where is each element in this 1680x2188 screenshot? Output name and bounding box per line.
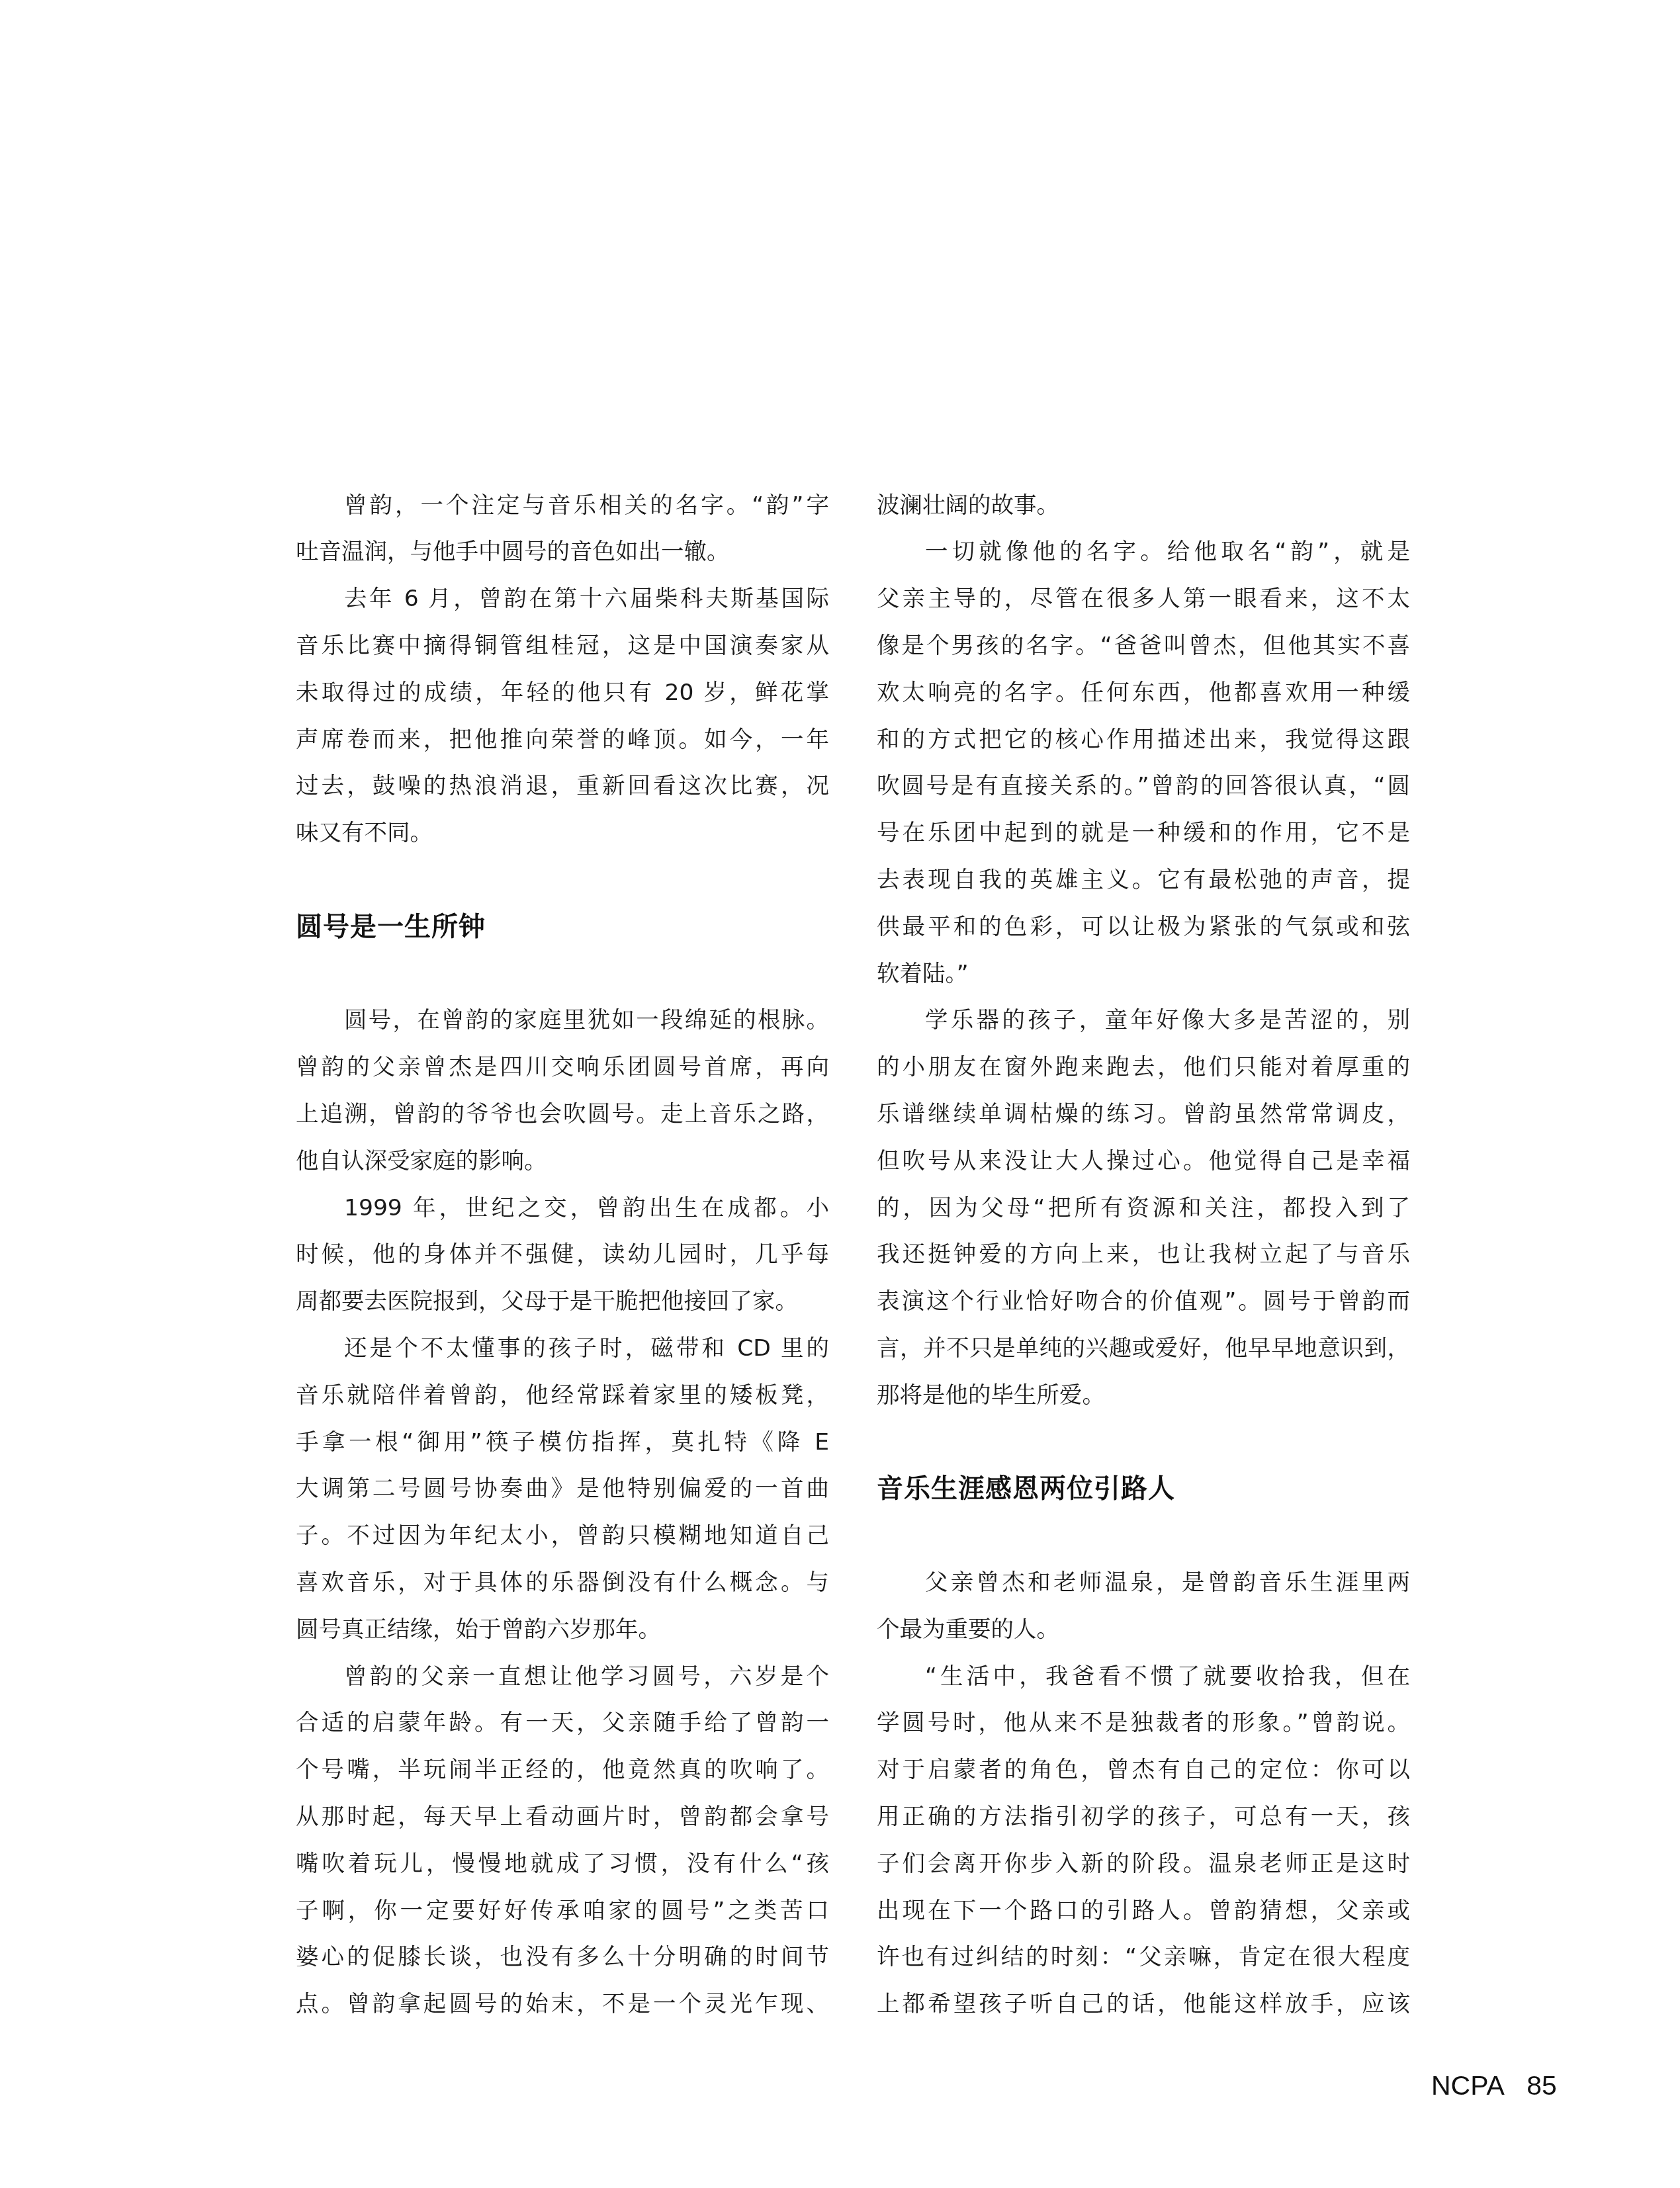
paragraph-first-line: 曾韵，一个注定与音乐相关的名字。“韵”字 xyxy=(296,482,829,529)
paragraph-line: 我还挺钟爱的方向上来，也让我树立起了与音乐 xyxy=(877,1231,1410,1278)
paragraph-line: 子们会离开你步入新的阶段。温泉老师正是这时 xyxy=(877,1841,1410,1888)
paragraph-line: 供最平和的色彩，可以让极为紧张的气氛或和弦 xyxy=(877,904,1410,951)
publication-name: NCPA xyxy=(1431,2070,1505,2101)
paragraph-line: 但吹号从来没让大人操过心。他觉得自己是幸福 xyxy=(877,1138,1410,1185)
paragraph-line: 号在乐团中起到的就是一种缓和的作用，它不是 xyxy=(877,810,1410,857)
paragraph-line: 他自认深受家庭的影响。 xyxy=(296,1138,829,1185)
paragraph-line: 子。不过因为年纪太小，曾韵只模糊地知道自己 xyxy=(296,1512,829,1559)
paragraph-line: 对于启蒙者的角色，曾杰有自己的定位：你可以 xyxy=(877,1747,1410,1794)
paragraph-line: 过去，鼓噪的热浪消退，重新回看这次比赛，况 xyxy=(296,763,829,810)
paragraph-line: 声席卷而来，把他推向荣誉的峰顶。如今，一年 xyxy=(296,717,829,764)
paragraph-line: 从那时起，每天早上看动画片时，曾韵都会拿号 xyxy=(296,1794,829,1841)
paragraph-line: 上追溯，曾韵的爷爷也会吹圆号。走上音乐之路， xyxy=(296,1091,829,1138)
paragraph-line: 合适的启蒙年龄。有一天，父亲随手给了曾韵一 xyxy=(296,1700,829,1747)
page-number: 85 xyxy=(1526,2070,1557,2101)
paragraph-line: 表演这个行业恰好吻合的价值观”。圆号于曾韵而 xyxy=(877,1278,1410,1325)
paragraph-line: 子啊，你一定要好好传承咱家的圆号”之类苦口 xyxy=(296,1888,829,1935)
paragraph-line: 言，并不只是单纯的兴趣或爱好，他早早地意识到， xyxy=(877,1325,1410,1372)
paragraph-line: 吹圆号是有直接关系的。”曾韵的回答很认真，“圆 xyxy=(877,763,1410,810)
paragraph-line: 上都希望孩子听自己的话，他能这样放手，应该 xyxy=(877,1981,1410,2028)
paragraph-line: 欢太响亮的名字。任何东西，他都喜欢用一种缓 xyxy=(877,670,1410,717)
paragraph-first-line: 还是个不太懂事的孩子时，磁带和 CD 里的 xyxy=(296,1325,829,1372)
magazine-page: 曾韵，一个注定与音乐相关的名字。“韵”字吐音温润，与他手中圆号的音色如出一辙。去… xyxy=(0,0,1680,2188)
paragraph-line: 学圆号时，他从来不是独裁者的形象。”曾韵说。 xyxy=(877,1700,1410,1747)
paragraph-line: 用正确的方法指引初学的孩子，可总有一天，孩 xyxy=(877,1794,1410,1841)
paragraph-line: 手拿一根“御用”筷子模仿指挥，莫扎特《降 E xyxy=(296,1419,829,1466)
paragraph-line: 时候，他的身体并不强健，读幼儿园时，几乎每 xyxy=(296,1231,829,1278)
paragraph-line: 婆心的促膝长谈，也没有多么十分明确的时间节 xyxy=(296,1934,829,1981)
paragraph-line: 大调第二号圆号协奏曲》是他特别偏爱的一首曲 xyxy=(296,1466,829,1512)
paragraph-line: 的，因为父母“把所有资源和关注，都投入到了 xyxy=(877,1185,1410,1232)
paragraph-first-line: 曾韵的父亲一直想让他学习圆号，六岁是个 xyxy=(296,1653,829,1700)
paragraph-line: 和的方式把它的核心作用描述出来，我觉得这跟 xyxy=(877,717,1410,764)
section-heading: 音乐生涯感恩两位引路人 xyxy=(877,1466,1175,1512)
paragraph-line: 曾韵的父亲曾杰是四川交响乐团圆号首席，再向 xyxy=(296,1044,829,1091)
paragraph-first-line: “生活中，我爸看不惯了就要收拾我，但在 xyxy=(877,1653,1410,1700)
paragraph-first-line: 一切就像他的名字。给他取名“韵”，就是 xyxy=(877,529,1410,576)
paragraph-line: 那将是他的毕生所爱。 xyxy=(877,1372,1410,1419)
paragraph-line: 许也有过纠结的时刻：“父亲嘛，肯定在很大程度 xyxy=(877,1934,1410,1981)
paragraph-first-line: 圆号，在曾韵的家庭里犹如一段绵延的根脉。 xyxy=(296,997,829,1044)
paragraph-line: 个最为重要的人。 xyxy=(877,1606,1410,1653)
paragraph-line: 父亲主导的，尽管在很多人第一眼看来，这不太 xyxy=(877,576,1410,623)
paragraph-line: 味又有不同。 xyxy=(296,810,829,857)
paragraph-line: 音乐比赛中摘得铜管组桂冠，这是中国演奏家从 xyxy=(296,623,829,670)
paragraph-line: 出现在下一个路口的引路人。曾韵猜想，父亲或 xyxy=(877,1888,1410,1935)
paragraph-line: 点。曾韵拿起圆号的始末，不是一个灵光乍现、 xyxy=(296,1981,829,2028)
paragraph-line: 嘴吹着玩儿，慢慢地就成了习惯，没有什么“孩 xyxy=(296,1841,829,1888)
paragraph-line: 未取得过的成绩，年轻的他只有 20 岁，鲜花掌 xyxy=(296,670,829,717)
paragraph-line: 音乐就陪伴着曾韵，他经常踩着家里的矮板凳， xyxy=(296,1372,829,1419)
paragraph-line: 去表现自我的英雄主义。它有最松弛的声音，提 xyxy=(877,857,1410,904)
paragraph-line: 个号嘴，半玩闹半正经的，他竟然真的吹响了。 xyxy=(296,1747,829,1794)
page-footer: NCPA 85 xyxy=(1431,2070,1557,2101)
paragraph-first-line: 父亲曾杰和老师温泉，是曾韵音乐生涯里两 xyxy=(877,1559,1410,1606)
paragraph-line: 吐音温润，与他手中圆号的音色如出一辙。 xyxy=(296,529,829,576)
paragraph-line: 的小朋友在窗外跑来跑去，他们只能对着厚重的 xyxy=(877,1044,1410,1091)
paragraph-line: 乐谱继续单调枯燥的练习。曾韵虽然常常调皮， xyxy=(877,1091,1410,1138)
paragraph-first-line: 学乐器的孩子，童年好像大多是苦涩的，别 xyxy=(877,997,1410,1044)
paragraph-first-line: 1999 年，世纪之交，曾韵出生在成都。小 xyxy=(296,1185,829,1232)
paragraph-line: 波澜壮阔的故事。 xyxy=(877,482,1410,529)
paragraph-first-line: 去年 6 月，曾韵在第十六届柴科夫斯基国际 xyxy=(296,576,829,623)
paragraph-line: 像是个男孩的名字。“爸爸叫曾杰，但他其实不喜 xyxy=(877,623,1410,670)
section-heading: 圆号是一生所钟 xyxy=(296,904,486,951)
paragraph-line: 圆号真正结缘，始于曾韵六岁那年。 xyxy=(296,1606,829,1653)
paragraph-line: 喜欢音乐，对于具体的乐器倒没有什么概念。与 xyxy=(296,1559,829,1606)
paragraph-line: 软着陆。” xyxy=(877,951,1410,998)
paragraph-line: 周都要去医院报到，父母于是干脆把他接回了家。 xyxy=(296,1278,829,1325)
